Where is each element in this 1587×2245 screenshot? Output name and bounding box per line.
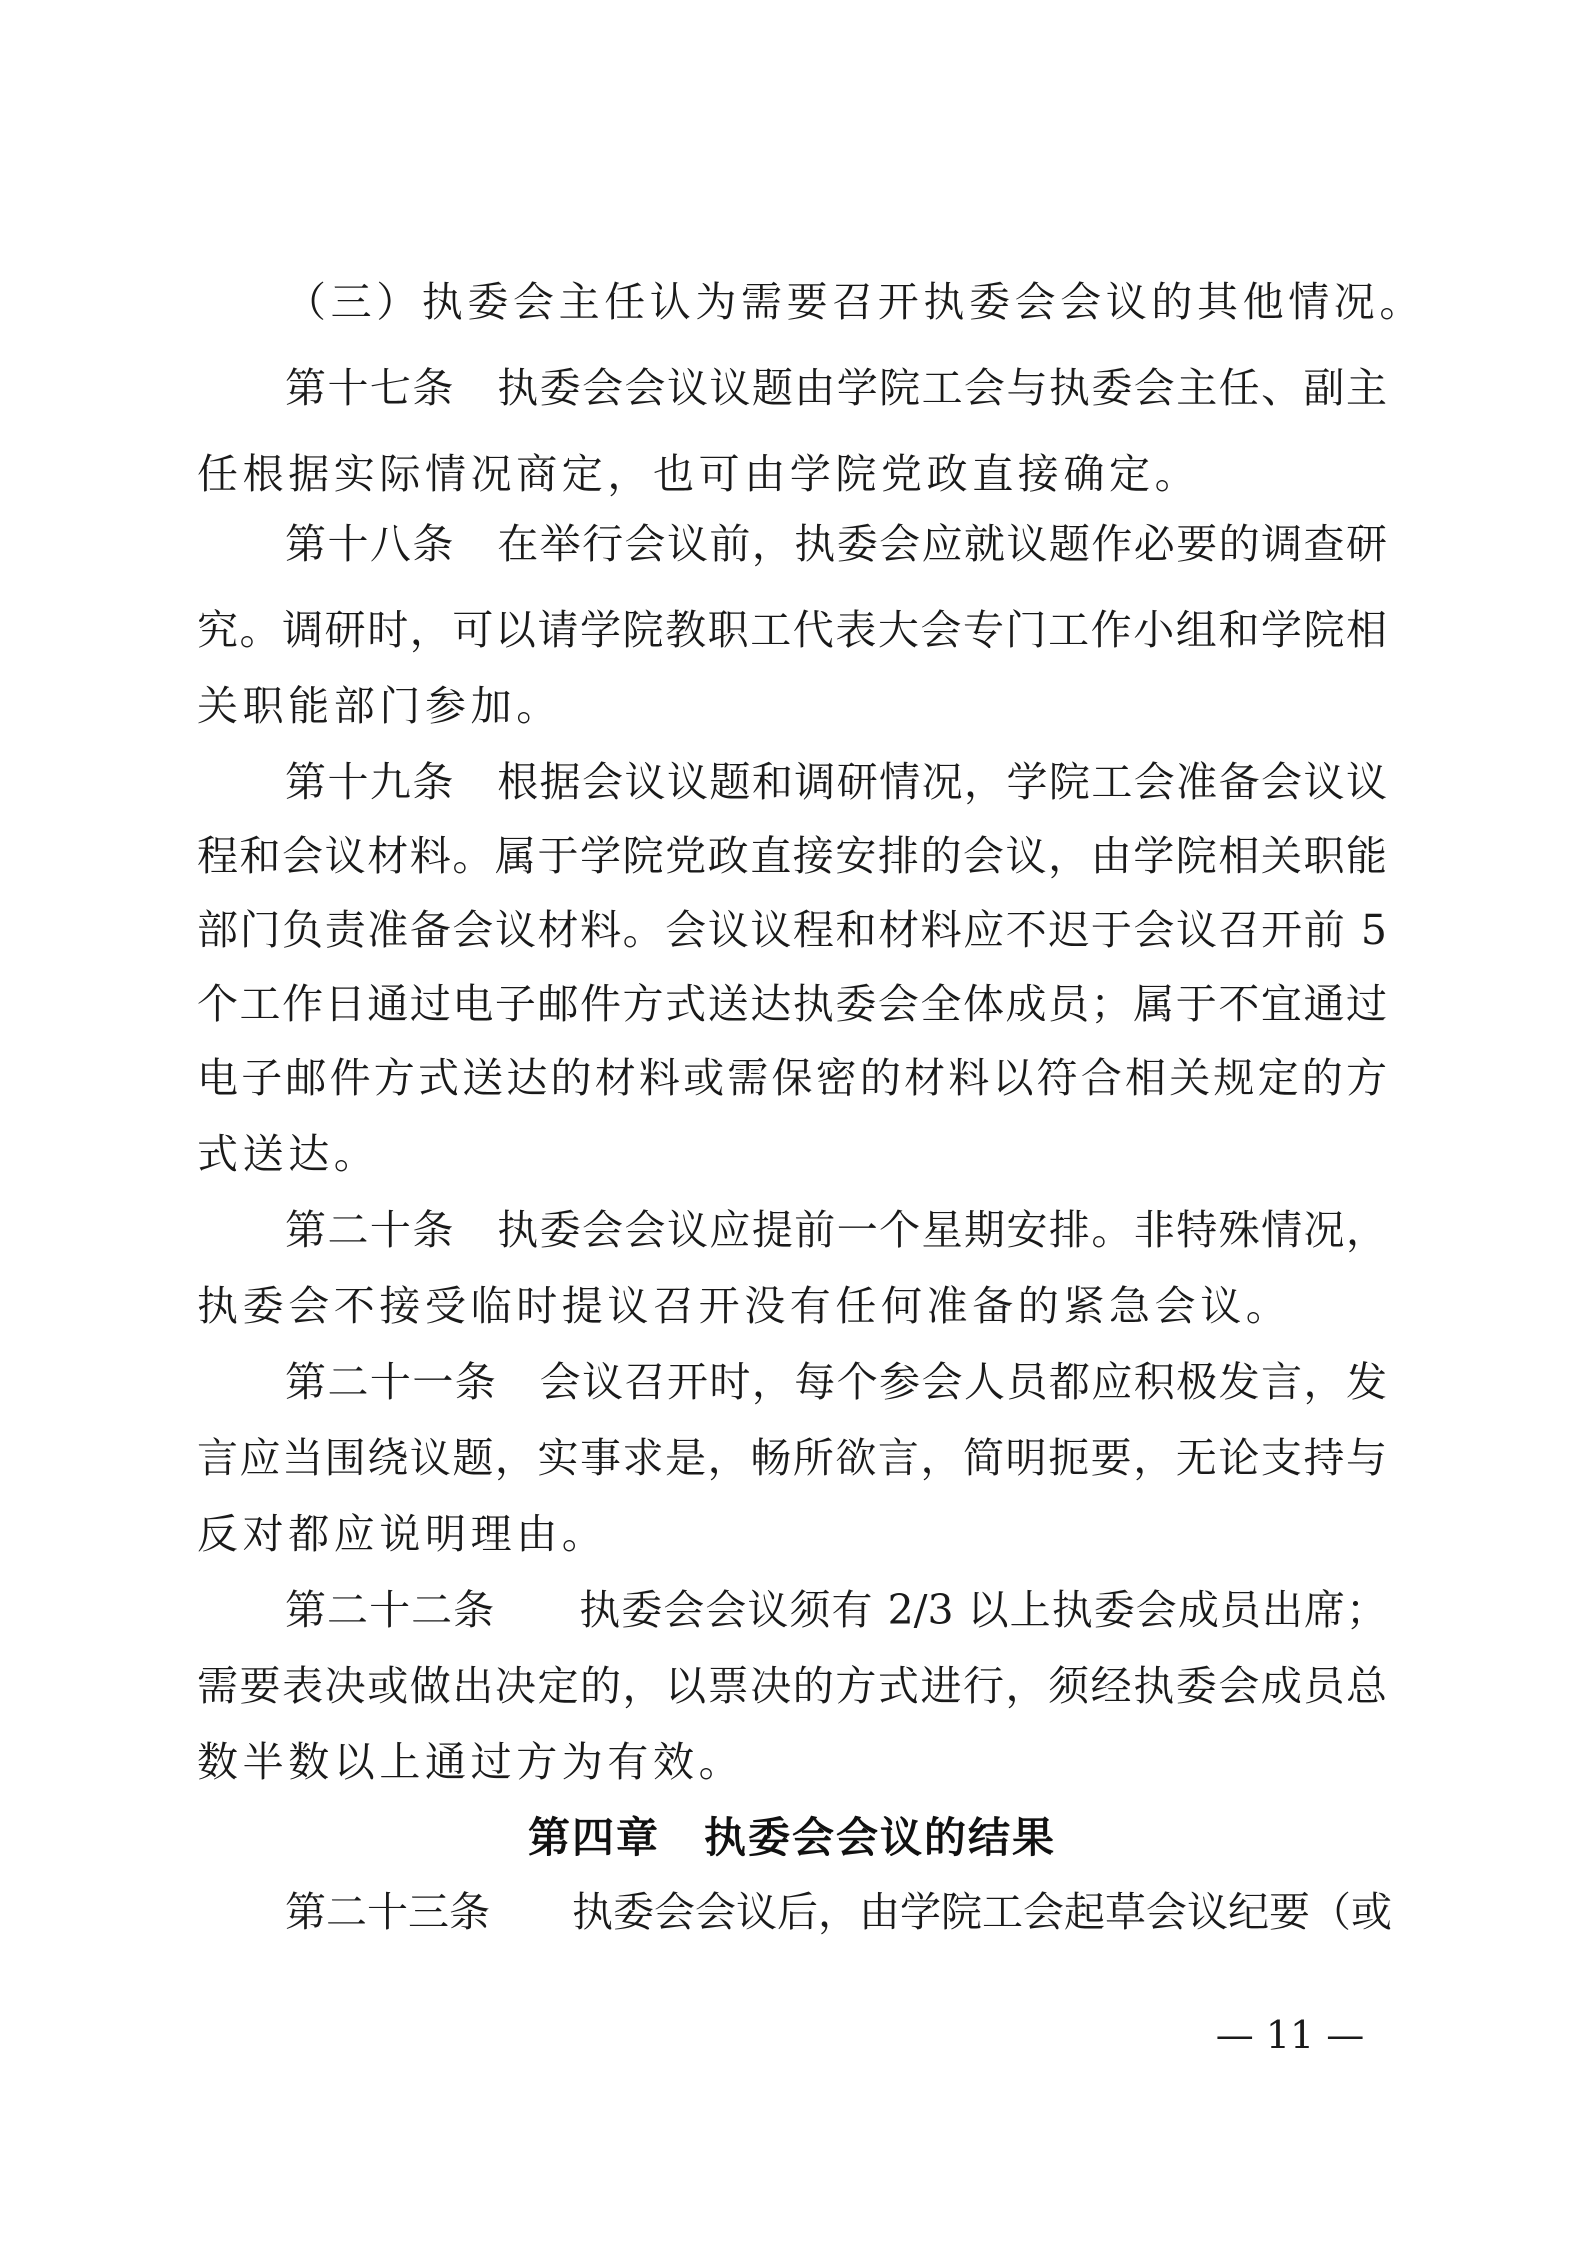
paragraph-line: （三）执委会主任认为需要召开执委会会议的其他情况。 — [285, 272, 1387, 332]
paragraph-line: 关职能部门参加。 — [197, 676, 1387, 736]
paragraph-line: 言应当围绕议题，实事求是，畅所欲言，简明扼要，无论支持与 — [197, 1428, 1387, 1488]
paragraph-line: 反对都应说明理由。 — [197, 1504, 1387, 1564]
chapter-heading: 第四章 执委会会议的结果 — [197, 1808, 1387, 1868]
paragraph-line: 部门负责准备会议材料。会议议程和材料应不迟于会议召开前 5 — [197, 900, 1387, 960]
article-19-line: 第十九条 根据会议议题和调研情况，学院工会准备会议议 — [285, 752, 1387, 812]
paragraph-line: 数半数以上通过方为有效。 — [197, 1732, 1387, 1792]
paragraph-line: 式送达。 — [197, 1124, 1387, 1184]
document-page: （三）执委会主任认为需要召开执委会会议的其他情况。 第十七条 执委会会议议题由学… — [0, 0, 1587, 2245]
article-22-line: 第二十二条 执委会会议须有 2/3 以上执委会成员出席； — [285, 1580, 1387, 1640]
paragraph-line: 需要表决或做出决定的，以票决的方式进行，须经执委会成员总 — [197, 1656, 1387, 1716]
page-number: — 11 — — [1200, 2010, 1380, 2060]
paragraph-line: 电子邮件方式送达的材料或需保密的材料以符合相关规定的方 — [197, 1048, 1387, 1108]
article-18-line: 第十八条 在举行会议前，执委会应就议题作必要的调查研 — [285, 514, 1387, 574]
article-20-line: 第二十条 执委会会议应提前一个星期安排。非特殊情况， — [285, 1200, 1387, 1260]
paragraph-line: 究。调研时，可以请学院教职工代表大会专门工作小组和学院相 — [197, 600, 1387, 660]
article-21-line: 第二十一条 会议召开时，每个参会人员都应积极发言，发 — [285, 1352, 1387, 1412]
paragraph-line: 执委会不接受临时提议召开没有任何准备的紧急会议。 — [197, 1276, 1387, 1336]
paragraph-line: 任根据实际情况商定，也可由学院党政直接确定。 — [197, 444, 1387, 504]
article-23-line: 第二十三条 执委会会议后，由学院工会起草会议纪要（或 — [285, 1882, 1387, 1942]
article-17-line: 第十七条 执委会会议议题由学院工会与执委会主任、副主 — [285, 358, 1387, 418]
paragraph-line: 程和会议材料。属于学院党政直接安排的会议，由学院相关职能 — [197, 826, 1387, 886]
paragraph-line: 个工作日通过电子邮件方式送达执委会全体成员；属于不宜通过 — [197, 974, 1387, 1034]
